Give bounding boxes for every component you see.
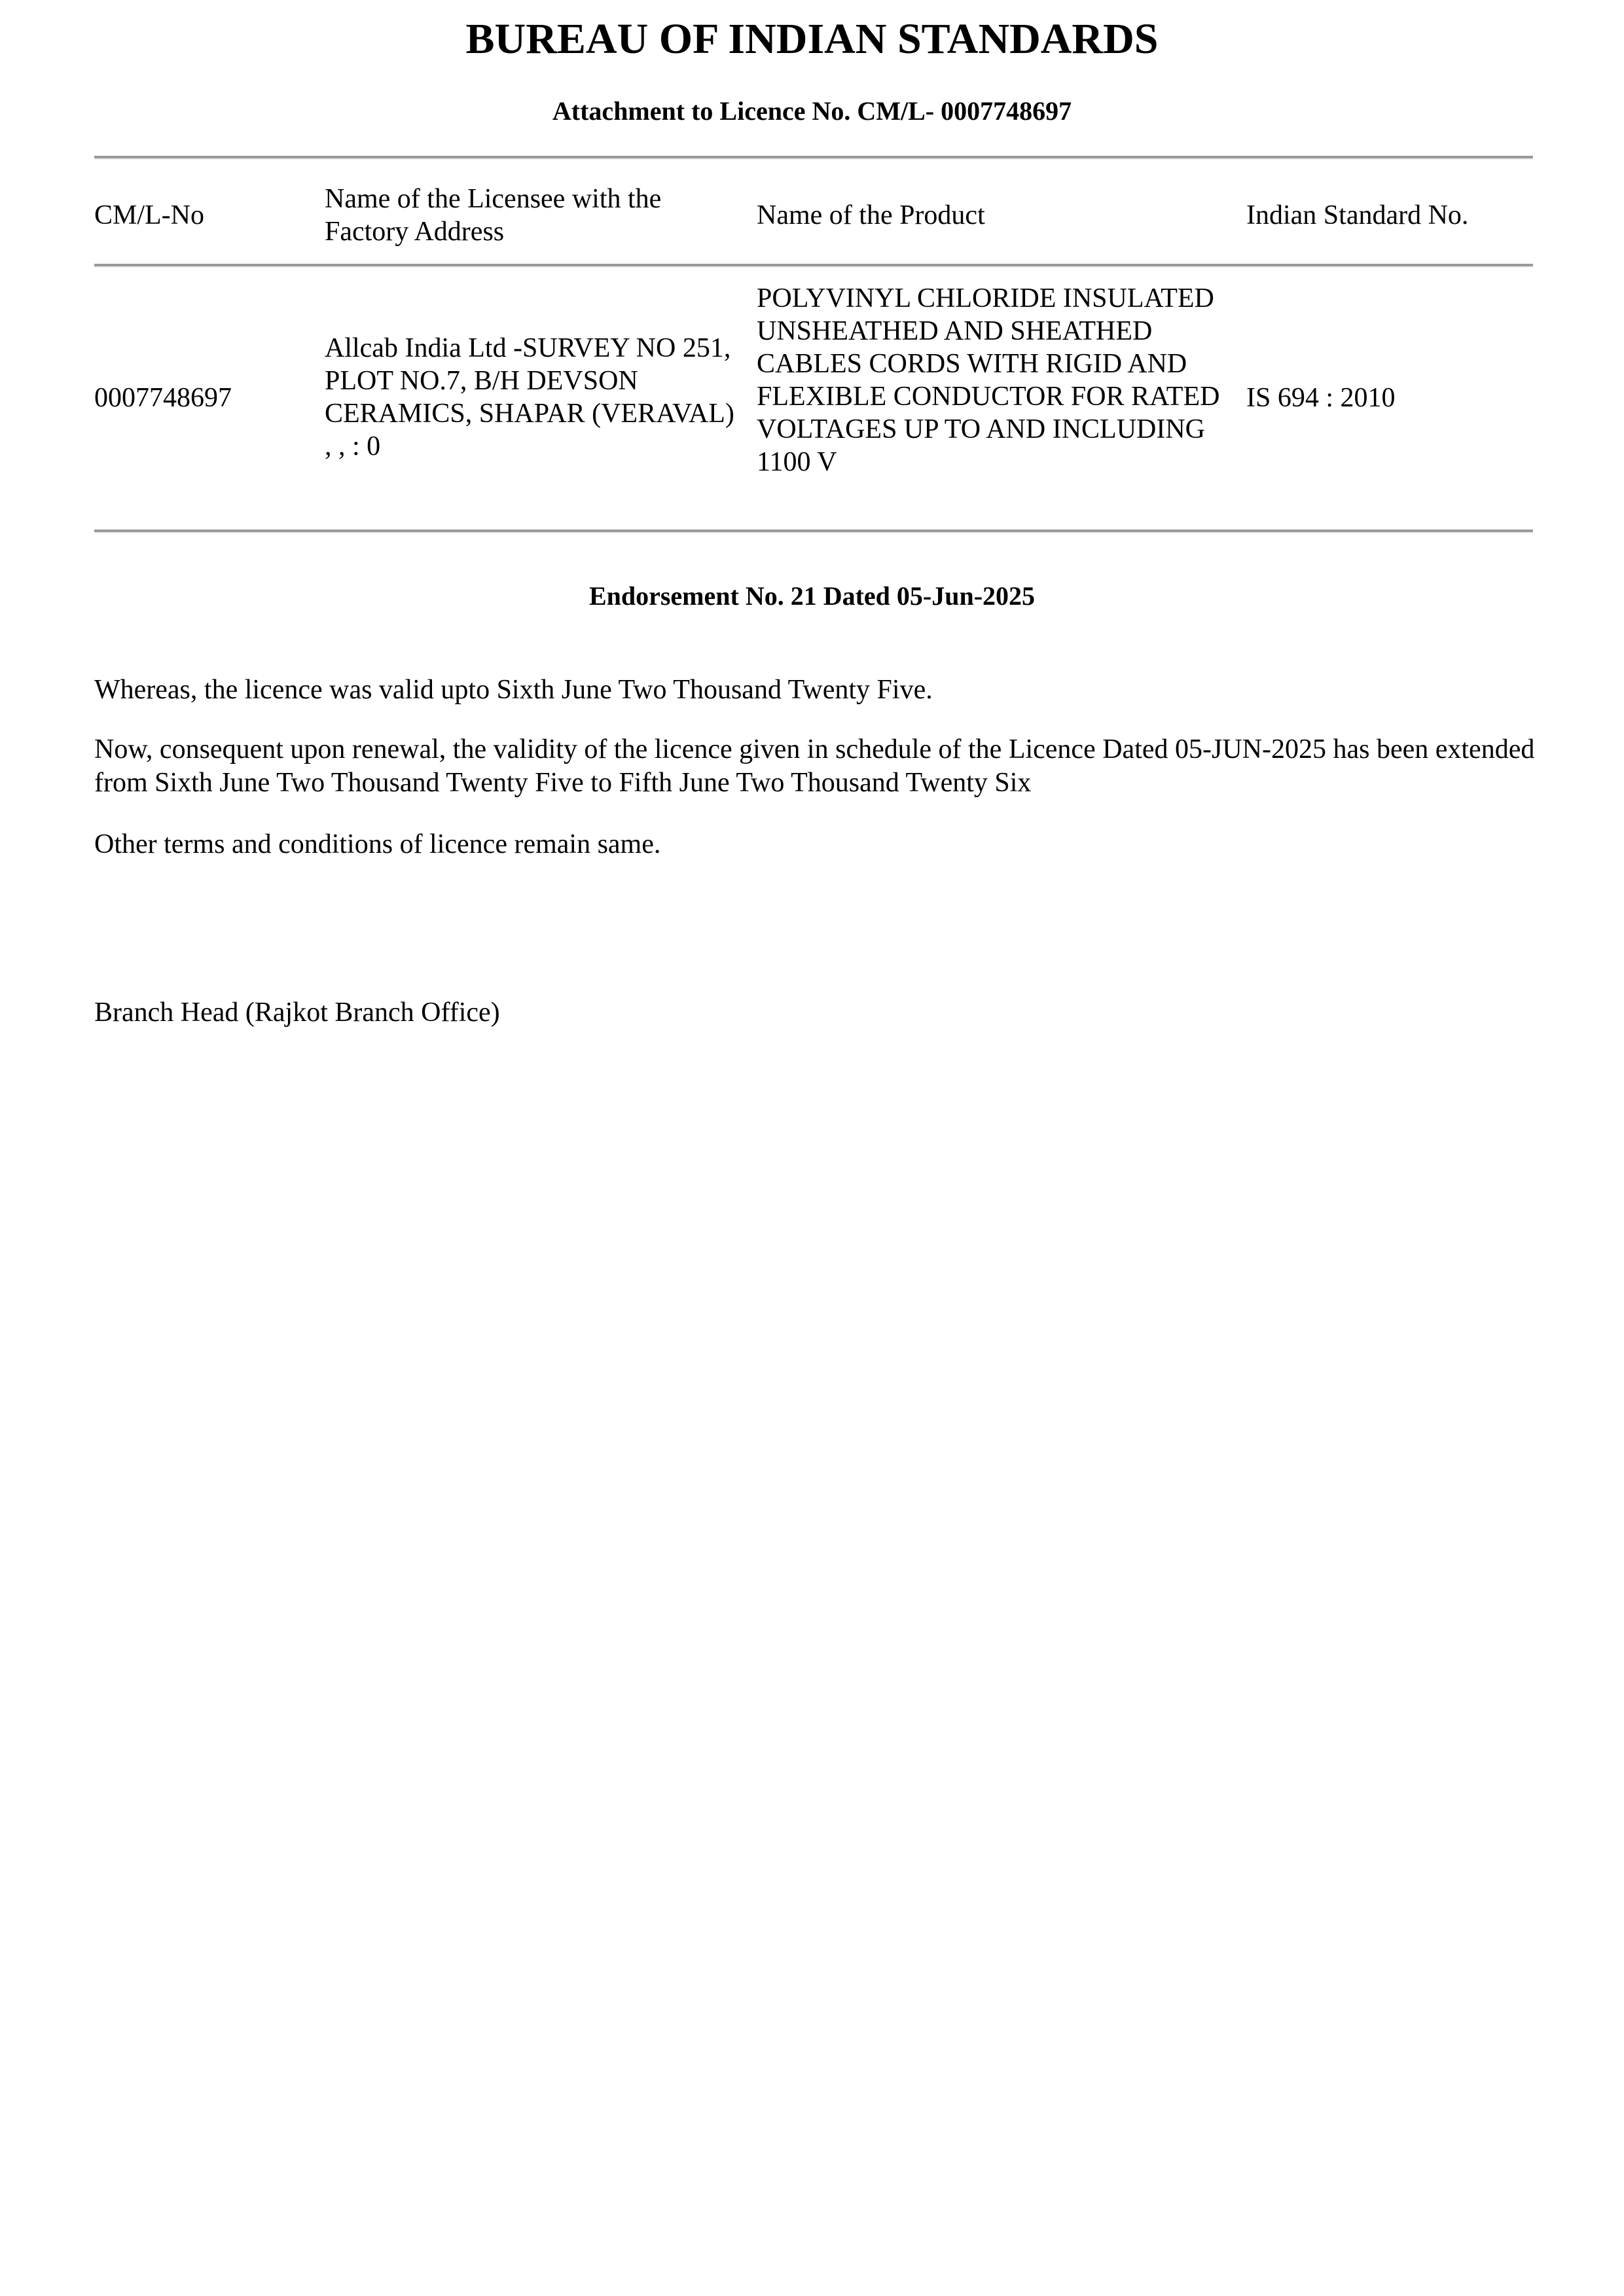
column-header-licensee: Name of the Licensee with the Factory Ad… — [325, 183, 737, 248]
cell-product-name: POLYVINYL CHLORIDE INSULATED UNSHEATHED … — [757, 282, 1241, 478]
paragraph-other-terms: Other terms and conditions of licence re… — [94, 828, 1547, 861]
licence-subtitle: Attachment to Licence No. CM/L- 00077486… — [0, 96, 1624, 127]
column-header-product: Name of the Product — [757, 199, 1215, 232]
signatory: Branch Head (Rajkot Branch Office) — [94, 996, 1547, 1030]
table-top-rule — [94, 156, 1533, 160]
column-header-cml-no: CM/L-No — [94, 199, 310, 232]
cell-cml-no: 0007748697 — [94, 382, 310, 414]
column-header-standard: Indian Standard No. — [1246, 199, 1534, 232]
table-bottom-rule — [94, 529, 1533, 533]
document-title: BUREAU OF INDIAN STANDARDS — [0, 13, 1624, 65]
paragraph-renewal: Now, consequent upon renewal, the validi… — [94, 733, 1547, 800]
endorsement-heading: Endorsement No. 21 Dated 05-Jun-2025 — [0, 580, 1624, 613]
cell-indian-standard: IS 694 : 2010 — [1246, 382, 1534, 414]
table-header-rule — [94, 264, 1533, 268]
cell-licensee-address: Allcab India Ltd -SURVEY NO 251, PLOT NO… — [325, 332, 744, 463]
paragraph-validity: Whereas, the licence was valid upto Sixt… — [94, 673, 1547, 707]
